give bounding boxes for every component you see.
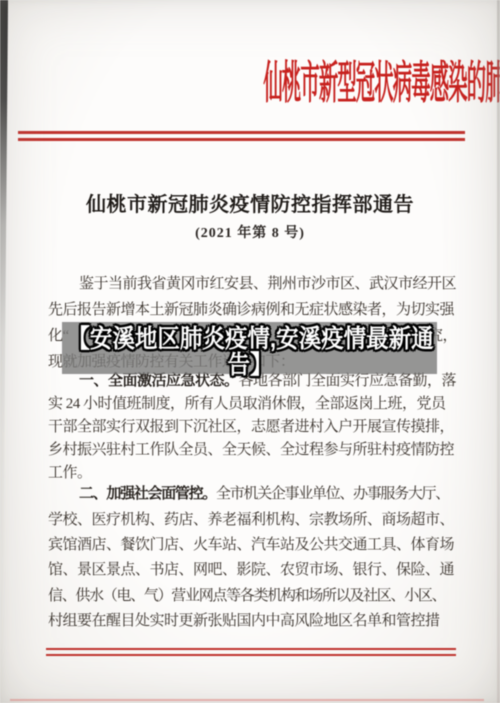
top-double-rule bbox=[18, 131, 465, 141]
section1-line-5-text: 工作。 bbox=[48, 465, 92, 481]
section1-line-2: 实 24 小时值班制度，所有人员取消休假，全部返岗上班，党员 bbox=[48, 396, 457, 413]
watermark-line-1: 【安溪地区肺炎疫情,安溪疫情最新通 bbox=[0, 326, 500, 352]
header-banner: 仙桃市新型冠状病毒感染的肺炎疫情防控指挥部 bbox=[6, 56, 500, 110]
section1-line-5: 工作。 bbox=[48, 465, 457, 482]
watermark-line-2: 告】 bbox=[0, 352, 500, 378]
section2-line-3: 宾馆酒店、餐饮门店、火车站、汽车站及公共交通工具、体育场 bbox=[48, 537, 457, 554]
bottom-edge-line bbox=[10, 699, 484, 701]
notice-photo: 仙桃市新型冠状病毒感染的肺炎疫情防控指挥部 仙桃市新冠肺炎疫情防控指挥部通告 (… bbox=[0, 0, 500, 703]
section2-line-4-text: 馆、景区景点、书店、网吧、影院、农贸市场、银行、保险、通 bbox=[48, 562, 454, 578]
section2-line-3-text: 宾馆酒店、餐饮门店、火车站、汽车站及公共交通工具、体育场 bbox=[48, 537, 454, 553]
section1-line-4-text: 乡村振兴驻村工作队全员、全天候、全过程参与所驻村疫情防控 bbox=[48, 442, 454, 458]
section2-line-6: 村组要在醒目处实时更新张贴国内中高风险地区名单和管控措 bbox=[48, 613, 457, 630]
section2-line-6-text: 村组要在醒目处实时更新张贴国内中高风险地区名单和管控措 bbox=[48, 613, 440, 629]
intro-line-2-text: 先后报告新增本土新冠肺炎确诊病例和无症状感染者，为切实强 bbox=[48, 302, 454, 318]
section1-line-3: 干部全部实行双报到下沉社区，志愿者进村入户开展宣传摸排， bbox=[48, 419, 457, 436]
intro-line-1-text: 鉴于当前我省黄冈市红安县、荆州市沙市区、武汉市经开区 bbox=[79, 276, 456, 292]
notice-issue-number: (2021 年第 8 号) bbox=[0, 222, 500, 242]
section2-line-5: 信、供水（电、气）营业网点等各类机构和场所以及社区、小区、 bbox=[48, 588, 457, 605]
section1-line-3-text: 干部全部实行双报到下沉社区，志愿者进村入户开展宣传摸排， bbox=[48, 419, 454, 435]
bottom-double-rule bbox=[46, 648, 456, 656]
notice-title: 仙桃市新冠肺炎疫情防控指挥部通告 bbox=[0, 188, 500, 217]
section1-line-2-text: 实 24 小时值班制度，所有人员取消休假，全部返岗上班，党员 bbox=[48, 396, 446, 412]
section2-line-1: 二、加强社会面管控。全市机关企事业单位、办事服务大厅、 bbox=[48, 486, 457, 503]
section2-line-4: 馆、景区景点、书店、网吧、影院、农贸市场、银行、保险、通 bbox=[48, 562, 457, 579]
section2-line-5-text: 信、供水（电、气）营业网点等各类机构和场所以及社区、小区、 bbox=[48, 588, 445, 604]
section2-line-2: 学校、医疗机构、药店、养老福利机构、宗教场所、商场超市、 bbox=[48, 512, 457, 529]
section2-heading: 二、加强社会面管控。 bbox=[79, 486, 216, 502]
watermark-line-2-text: 告】 bbox=[227, 352, 272, 378]
banner-title: 仙桃市新型冠状病毒感染的肺炎疫情防控指挥部 bbox=[263, 56, 500, 110]
section2-line-1-text: 全市机关企事业单位、办事服务大厅、 bbox=[216, 486, 449, 502]
intro-line-1: 鉴于当前我省黄冈市红安县、荆州市沙市区、武汉市经开区 bbox=[48, 276, 457, 293]
section2-line-2-text: 学校、医疗机构、药店、养老福利机构、宗教场所、商场超市、 bbox=[48, 512, 454, 528]
watermark-line-1-text: 【安溪地区肺炎疫情,安溪疫情最新通 bbox=[67, 326, 433, 352]
section1-line-4: 乡村振兴驻村工作队全员、全天候、全过程参与所驻村疫情防控 bbox=[48, 442, 457, 459]
intro-line-2: 先后报告新增本土新冠肺炎确诊病例和无症状感染者，为切实强 bbox=[48, 302, 457, 319]
